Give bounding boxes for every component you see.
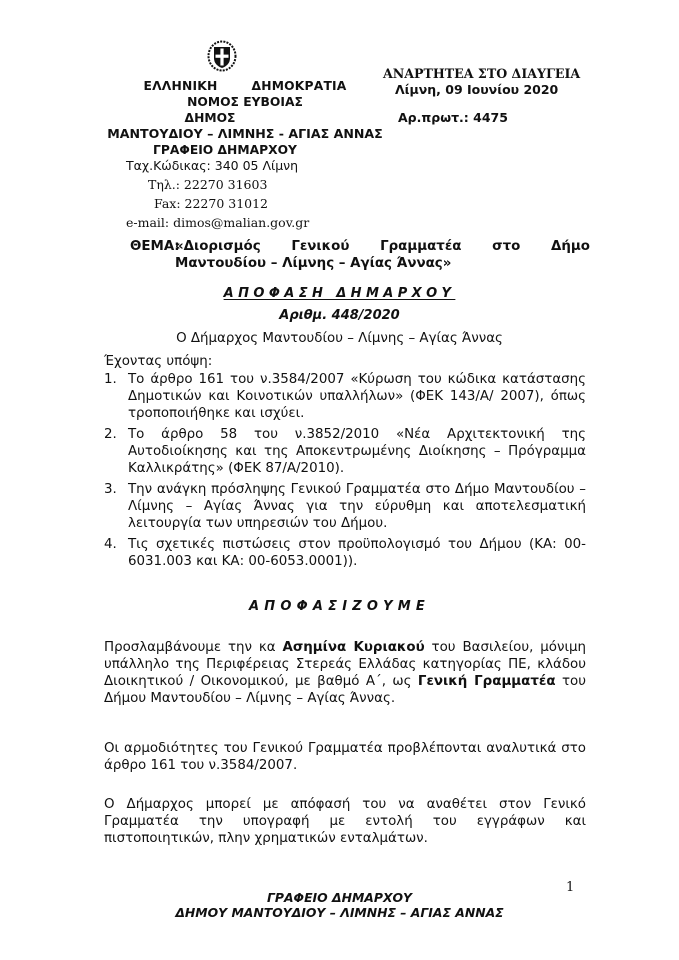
item-text: Την ανάγκη πρόσληψης Γενικού Γραμματέα σ… [128,482,586,531]
country-word-2: ΔΗΜΟΚΡΑΤΙΑ [251,79,346,93]
issuer-line: Ο Δήμαρχος Μαντουδίου – Λίμνης – Αγίας Ά… [0,331,679,346]
text: Προσλαμβάνουμε την κα [104,640,282,655]
item-number: 4. [104,536,117,553]
greek-coat-of-arms-icon [207,40,237,72]
document-meta: ΑΝΑΡΤΗΤΕΑ ΣΤΟ ΔΙΑΥΓΕΙΑ Λίμνη, 09 Ιουνίου… [383,66,593,126]
fax-number: Fax: 22270 31012 [100,194,380,213]
country-word-1: ΕΛΛΗΝΙΚΗ [143,79,217,93]
subject-line-1: «Διορισμός Γενικού Γραμματέα στο Δήμο [175,238,590,255]
phone-number: Τηλ.: 22270 31603 [100,175,380,194]
issuer-header: ΕΛΛΗΝΙΚΗΔΗΜΟΚΡΑΤΙΑ ΝΟΜΟΣ ΕΥΒΟΙΑΣ ΔΗΜΟΣ Μ… [100,78,390,158]
footer-line-2: ΔΗΜΟΥ ΜΑΝΤΟΥΔΙΟΥ – ΛΙΜΝΗΣ – ΑΓΙΑΣ ΑΝΝΑΣ [0,905,679,920]
list-item: 1.Το άρθρο 161 του ν.3584/2007 «Κύρωση τ… [104,371,586,422]
email-address: e-mail: dimos@malian.gov.gr [100,213,380,232]
place-date: Λίμνη, 09 Ιουνίου 2020 [383,82,593,98]
subject: ΘΕΜΑ: «Διορισμός Γενικού Γραμματέα στο Δ… [130,238,590,272]
subject-word: Δήμο [551,238,590,255]
subject-line-2: Μαντουδίου – Λίμνης – Αγίας Άννας» [175,255,590,272]
item-number: 3. [104,481,117,498]
list-item: 4.Τις σχετικές πιστώσεις στον προϋπολογι… [104,536,586,570]
decision-number: Αριθμ. 448/2020 [0,308,679,323]
item-text: Τις σχετικές πιστώσεις στον προϋπολογισμ… [128,537,586,569]
appointee-role: Γενική Γραμματέα [418,674,556,689]
subject-word: Γενικού [291,238,349,255]
postal-code: Ταχ.Κώδικας: 340 05 Λίμνη [100,156,380,175]
decision-title: ΑΠΟΦΑΣΗ ΔΗΜΑΡΧΟΥ [0,286,679,301]
appointee-name: Ασημίνα Κυριακού [282,640,424,655]
list-item: 2.Το άρθρο 58 του ν.3852/2010 «Νέα Αρχιτ… [104,426,586,477]
publish-note: ΑΝΑΡΤΗΤΕΑ ΣΤΟ ΔΙΑΥΓΕΙΑ [383,66,593,82]
considering-list: 1.Το άρθρο 161 του ν.3584/2007 «Κύρωση τ… [104,371,586,574]
footer: ΓΡΑΦΕΙΟ ΔΗΜΑΡΧΟΥ ΔΗΜΟΥ ΜΑΝΤΟΥΔΙΟΥ – ΛΙΜΝ… [0,890,679,920]
item-text: Το άρθρο 161 του ν.3584/2007 «Κύρωση του… [128,372,586,421]
resolution-title: ΑΠΟΦΑΣΙΖΟΥΜΕ [0,599,679,614]
subject-word: Γραμματέα [380,238,461,255]
item-number: 1. [104,371,117,388]
prefecture: ΝΟΜΟΣ ΕΥΒΟΙΑΣ [100,94,390,110]
list-item: 3.Την ανάγκη πρόσληψης Γενικού Γραμματέα… [104,481,586,532]
country-name: ΕΛΛΗΝΙΚΗΔΗΜΟΚΡΑΤΙΑ [100,78,390,94]
item-text: Το άρθρο 58 του ν.3852/2010 «Νέα Αρχιτεκ… [128,427,586,476]
resolution-paragraph-3: Ο Δήμαρχος μπορεί με απόφασή του να αναθ… [104,796,586,847]
resolution-paragraph-1: Προσλαμβάνουμε την κα Ασημίνα Κυριακού τ… [104,639,586,707]
item-number: 2. [104,426,117,443]
municipality-label: ΔΗΜΟΣ [100,110,390,126]
footer-line-1: ΓΡΑΦΕΙΟ ΔΗΜΑΡΧΟΥ [0,890,679,905]
municipality-name: ΜΑΝΤΟΥΔΙΟΥ – ΛΙΜΝΗΣ - ΑΓΙΑΣ ΑΝΝΑΣ [100,126,390,142]
subject-label: ΘΕΜΑ: [130,238,180,255]
considering-intro: Έχοντας υπόψη: [104,353,586,370]
subject-word: «Διορισμός [175,238,261,255]
subject-word: στο [492,238,520,255]
contact-info: Ταχ.Κώδικας: 340 05 Λίμνη Τηλ.: 22270 31… [100,156,380,232]
decision-title-text: ΑΠΟΦΑΣΗ ΔΗΜΑΡΧΟΥ [224,286,456,301]
resolution-paragraph-2: Οι αρμοδιότητες του Γενικού Γραμματέα πρ… [104,740,586,774]
protocol-number: Αρ.πρωτ.: 4475 [383,110,593,126]
